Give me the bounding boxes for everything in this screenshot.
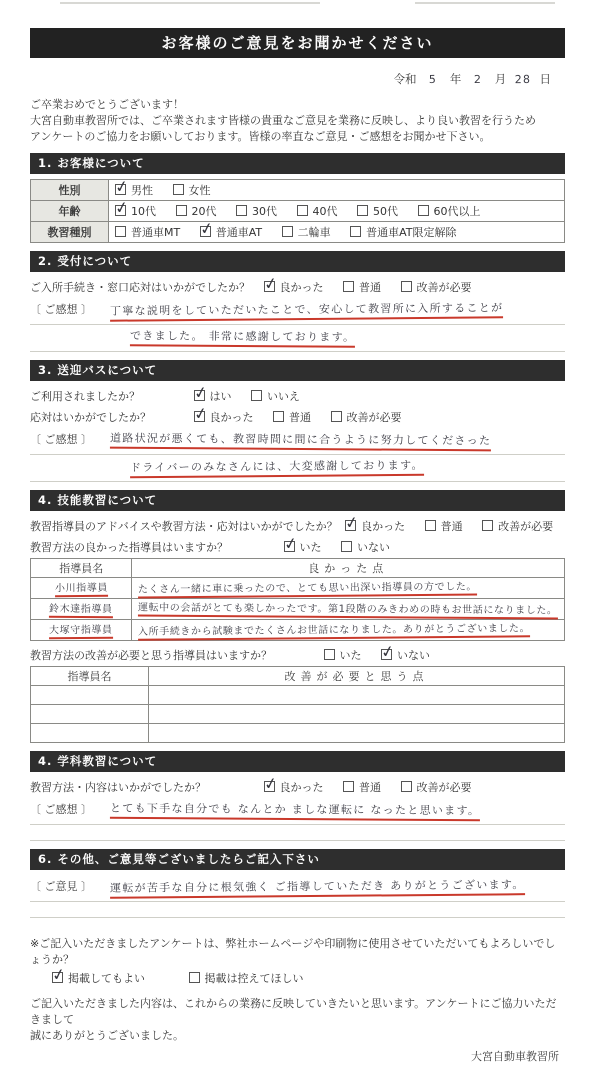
date-month-value[interactable]: 2 [465, 73, 491, 86]
academic-question-line: 教習方法・内容はいかがでしたか？ 良かった 普通 改善が必要 [30, 777, 565, 798]
checkbox-course-at-limited[interactable] [350, 226, 361, 237]
option-label: 改善が必要 [417, 281, 472, 294]
table-row: 年齢 10代 20代 30代 40代 50代 60代以上 [31, 200, 565, 221]
instructor-name-cell[interactable] [31, 723, 149, 742]
column-instructor-name: 指導員名 [31, 558, 132, 577]
bus-comment-line1: 道路状況が悪くても、教習時間に間に合うように努力してくださった [109, 429, 490, 451]
reception-question-line: ご入所手続き・窓口応対はいかがでしたか？ 良かった 普通 改善が必要 [30, 277, 565, 298]
checkbox-course-at[interactable] [200, 226, 211, 237]
gender-label: 性別 [31, 179, 109, 200]
checkbox-reception-improve[interactable] [401, 281, 412, 292]
skill-advice-question-line: 教習指導員のアドバイスや教習方法・応対はいかがでしたか？ 良かった 普通 改善が… [30, 516, 565, 537]
comment-label: 〔 ご意見 〕 [30, 880, 92, 893]
school-signature: 大宮自動車教習所 [30, 1048, 565, 1064]
comment-label: 〔 ご感想 〕 [30, 303, 92, 316]
intro-paragraph: ご卒業おめでとうございます！ 大宮自動車教習所では、ご卒業されます皆様の貴重なご… [30, 97, 565, 145]
date-month-unit: 月 [495, 72, 507, 86]
option-label: いた [300, 541, 322, 554]
skill-good-question-line: 教習方法の良かった指導員はいますか？ いた いない [30, 537, 565, 558]
option-label: 改善が必要 [347, 411, 402, 424]
option-label: 改善が必要 [417, 781, 472, 794]
good-point-cell[interactable]: たくさん一緒に車に乗ったので、とても思い出深い指導員の方でした。 [132, 577, 565, 598]
option-label: 10代 [131, 205, 156, 218]
publish-question: ※ご記入いただきましたアンケートは、弊社ホームページや印刷物に使用させていただい… [30, 936, 565, 968]
checkbox-publish-no[interactable] [189, 972, 200, 983]
column-instructor-name: 指導員名 [31, 666, 149, 685]
skill-advice-question: 教習指導員のアドバイスや教習方法・応対はいかがでしたか？ [30, 520, 338, 533]
section-other-header: 6. その他、ご意見等ございましたらご記入下さい [30, 849, 565, 870]
option-label: 普通 [441, 520, 463, 533]
improve-point-cell[interactable] [149, 685, 565, 704]
date-year-unit: 年 [450, 72, 462, 86]
good-point-cell[interactable]: 入所手続きから試験までたくさんお世話になりました。ありがとうございました。 [132, 619, 565, 640]
checkbox-course-mt[interactable] [115, 226, 126, 237]
table-header-row: 指導員名 改善が必要と思う点 [31, 666, 565, 685]
table-row: 大塚守指導員 入所手続きから試験までたくさんお世話になりました。ありがとうござい… [31, 619, 565, 640]
closing-line: 誠にありがとうございました。 [30, 1028, 565, 1044]
instructor-name-cell[interactable]: 小川指導員 [31, 577, 132, 598]
option-label: 二輪車 [298, 226, 331, 239]
option-label: 40代 [313, 205, 338, 218]
age-options: 10代 20代 30代 40代 50代 60代以上 [109, 200, 565, 221]
publish-options: 掲載してもよい 掲載は控えてほしい [30, 968, 565, 986]
academic-question: 教習方法・内容はいかがでしたか？ [30, 779, 250, 795]
option-label: 30代 [252, 205, 277, 218]
option-label: いた [340, 649, 362, 662]
bus-use-question: ご利用されましたか？ [30, 388, 180, 404]
skill-improve-question-line: 教習方法の改善が必要と思う指導員はいますか？ いた いない [30, 645, 565, 666]
checkbox-reception-good[interactable] [264, 281, 275, 292]
option-label: いない [357, 541, 390, 554]
table-row: 教習種別 普通車MT 普通車AT 二輪車 普通車AT限定解除 [31, 221, 565, 242]
table-header-row: 指導員名 良かった点 [31, 558, 565, 577]
table-row [31, 685, 565, 704]
option-label: 男性 [131, 184, 153, 197]
checkbox-skill-improve[interactable] [482, 520, 493, 531]
other-comment-field[interactable]: 〔 ご意見 〕 運転が苦手な自分に根気強く ご指導していただき ありがとうござい… [30, 875, 565, 902]
checkbox-bus-improve[interactable] [331, 411, 342, 422]
checkbox-good-instructor-no[interactable] [341, 541, 352, 552]
section-reception-header: 2. 受付について [30, 251, 565, 272]
instructor-name-cell[interactable] [31, 685, 149, 704]
checkbox-bus-normal[interactable] [273, 411, 284, 422]
option-label: 改善が必要 [498, 520, 553, 533]
option-label: 良かった [280, 781, 324, 794]
column-good-point: 良かった点 [132, 558, 565, 577]
table-row: 鈴木達指導員 運転中の会話がとても楽しかったです。第1段階のみきわめの時もお世話… [31, 598, 565, 619]
date-era: 令和 [394, 72, 417, 86]
option-label: 良かった [361, 520, 405, 533]
section-skill-header: 4. 技能教習について [30, 490, 565, 511]
option-label: 普通 [359, 281, 381, 294]
option-label: 良かった [210, 411, 254, 424]
checkbox-age-60s[interactable] [418, 205, 429, 216]
checkbox-reception-normal[interactable] [343, 281, 354, 292]
option-label: 普通車AT限定解除 [366, 226, 456, 239]
date-day-value[interactable]: 28 [510, 73, 536, 86]
good-instructor-table: 指導員名 良かった点 小川指導員 たくさん一緒に車に乗ったので、とても思い出深い… [30, 558, 565, 641]
option-label: はい [210, 390, 232, 403]
checkbox-academic-normal[interactable] [343, 781, 354, 792]
option-label: 普通車AT [216, 226, 262, 239]
option-label: いない [397, 649, 430, 662]
closing-line: ご記入いただきました内容は、これからの業務に反映していきたいと思います。アンケー… [30, 996, 565, 1028]
option-label: 60代以上 [434, 205, 481, 218]
course-options: 普通車MT 普通車AT 二輪車 普通車AT限定解除 [109, 221, 565, 242]
checkbox-bus-no[interactable] [251, 390, 262, 401]
scan-artifact [60, 2, 320, 4]
date-day-unit: 日 [540, 72, 552, 86]
checkbox-age-20s[interactable] [176, 205, 187, 216]
checkbox-bus-good[interactable] [194, 411, 205, 422]
good-point-cell[interactable]: 運転中の会話がとても楽しかったです。第1段階のみきわめの時もお世話になりました。 [132, 598, 565, 619]
checkbox-publish-ok[interactable] [52, 972, 63, 983]
checkbox-age-10s[interactable] [115, 205, 126, 216]
checkbox-academic-good[interactable] [264, 781, 275, 792]
option-label: 掲載は控えてほしい [205, 972, 304, 985]
reception-comment-line1: 丁寧な説明をしていただいたことで、安心して教習所に入所することが [109, 299, 503, 321]
intro-line: ご卒業おめでとうございます！ [30, 97, 565, 113]
other-comment: 運転が苦手な自分に根気強く ご指導していただき ありがとうございます。 [109, 876, 524, 899]
option-label: 普通 [289, 411, 311, 424]
instructor-name-cell[interactable]: 鈴木達指導員 [31, 598, 132, 619]
checkbox-good-instructor-yes[interactable] [284, 541, 295, 552]
academic-comment: とても下手な自分でも なんとか ましな運転に なったと思います。 [109, 800, 479, 822]
option-label: 普通 [359, 781, 381, 794]
skill-improve-question: 教習方法の改善が必要と思う指導員はいますか？ [30, 647, 310, 663]
instructor-name-cell[interactable]: 大塚守指導員 [31, 619, 132, 640]
gender-options: 男性 女性 [109, 179, 565, 200]
checkbox-skill-normal[interactable] [425, 520, 436, 531]
option-label: 良かった [280, 281, 324, 294]
customer-info-table: 性別 男性 女性 年齢 10代 20代 30代 40代 50代 60代以上 教習… [30, 179, 565, 243]
option-label: 50代 [373, 205, 398, 218]
reception-comment-field[interactable]: できました。 非常に感謝しております。 [30, 325, 565, 352]
intro-line: アンケートのご協力をお願いしております。皆様の率直なご意見・ご感想をお聞かせ下さ… [30, 129, 565, 145]
checkbox-female[interactable] [173, 184, 184, 195]
option-label: 20代 [192, 205, 217, 218]
bus-service-question: 応対はいかがでしたか？ [30, 409, 180, 425]
table-row: 小川指導員 たくさん一緒に車に乗ったので、とても思い出深い指導員の方でした。 [31, 577, 565, 598]
bus-service-question-line: 応対はいかがでしたか？ 良かった 普通 改善が必要 [30, 407, 565, 428]
column-improve-point: 改善が必要と思う点 [149, 666, 565, 685]
option-label: 掲載してもよい [68, 972, 145, 985]
intro-line: 大宮自動車教習所では、ご卒業されます皆様の貴重なご意見を業務に反映し、より良い教… [30, 113, 565, 129]
course-label: 教習種別 [31, 221, 109, 242]
closing-note: ご記入いただきました内容は、これからの業務に反映していきたいと思います。アンケー… [30, 996, 565, 1044]
reception-comment-field[interactable]: 〔 ご感想 〕 丁寧な説明をしていただいたことで、安心して教習所に入所することが [30, 298, 565, 325]
other-comment-field-empty[interactable] [30, 902, 565, 918]
date-year-value[interactable]: 5 [420, 73, 446, 86]
academic-comment-field[interactable]: 〔 ご感想 〕 とても下手な自分でも なんとか ましな運転に なったと思います。 [30, 798, 565, 825]
form-title: お客様のご意見をお聞かせください [30, 28, 565, 58]
academic-comment-field-empty[interactable] [30, 825, 565, 841]
checkbox-age-30s[interactable] [236, 205, 247, 216]
checkbox-male[interactable] [115, 184, 126, 195]
section-academic-header: 4. 学科教習について [30, 751, 565, 772]
checkbox-bus-yes[interactable] [194, 390, 205, 401]
option-label: 女性 [189, 184, 211, 197]
date-line: 令和 5 年 2 月 28 日 [30, 71, 565, 87]
improve-instructor-table: 指導員名 改善が必要と思う点 [30, 666, 565, 743]
bus-comment-field[interactable]: 〔 ご感想 〕 道路状況が悪くても、教習時間に間に合うように努力してくださった [30, 428, 565, 455]
option-label: いいえ [267, 390, 300, 403]
checkbox-age-50s[interactable] [357, 205, 368, 216]
age-label: 年齢 [31, 200, 109, 221]
section-bus-header: 3. 送迎バスについて [30, 360, 565, 381]
bus-use-question-line: ご利用されましたか？ はい いいえ [30, 386, 565, 407]
skill-good-question: 教習方法の良かった指導員はいますか？ [30, 539, 270, 555]
checkbox-academic-improve[interactable] [401, 781, 412, 792]
table-row: 性別 男性 女性 [31, 179, 565, 200]
improve-point-cell[interactable] [149, 704, 565, 723]
bus-comment-field[interactable]: ドライバーのみなさんには、大変感謝しております。 [30, 455, 565, 482]
checkbox-age-40s[interactable] [297, 205, 308, 216]
checkbox-improve-instructor-no[interactable] [381, 649, 392, 660]
comment-label: 〔 ご感想 〕 [30, 803, 92, 816]
checkbox-improve-instructor-yes[interactable] [324, 649, 335, 660]
scan-artifact [415, 2, 555, 4]
table-row [31, 723, 565, 742]
option-label: 普通車MT [131, 226, 180, 239]
table-row [31, 704, 565, 723]
checkbox-skill-good[interactable] [345, 520, 356, 531]
comment-label: 〔 ご感想 〕 [30, 433, 92, 446]
instructor-name-cell[interactable] [31, 704, 149, 723]
reception-question: ご入所手続き・窓口応対はいかがでしたか？ [30, 281, 250, 294]
reception-comment-line2: できました。 非常に感謝しております。 [130, 327, 355, 348]
improve-point-cell[interactable] [149, 723, 565, 742]
checkbox-course-moto[interactable] [282, 226, 293, 237]
bus-comment-line2: ドライバーのみなさんには、大変感謝しております。 [130, 457, 424, 479]
section-customer-header: 1. お客様について [30, 153, 565, 174]
